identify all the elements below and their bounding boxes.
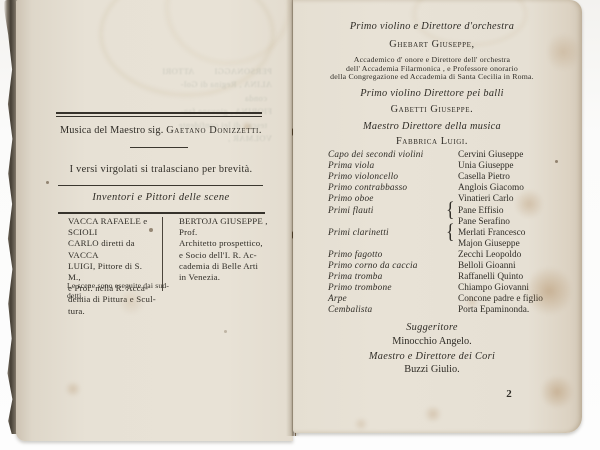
foxing-stain: [539, 376, 575, 408]
roster-row: Prima viola Unia Giuseppe: [328, 161, 568, 172]
orchestra-director-heading: Primo violino e Direttore d'orchestra: [293, 21, 571, 32]
roster-role: Arpe: [328, 294, 458, 305]
page-number: 2: [499, 388, 519, 400]
roster-role: Primo corno da caccia: [328, 261, 458, 272]
roster-row: Primo violoncello Casella Pietro: [328, 172, 568, 183]
bleedthrough-line: ALINA , Regina di Gol-: [44, 78, 272, 92]
roster-row: Cembalista Porta Epaminonda.: [328, 305, 568, 316]
roster-names: Vinatieri Carlo: [458, 194, 513, 205]
text-line: detti.: [58, 291, 178, 301]
roster-names: Belloli Gioanni: [458, 261, 516, 272]
roster-role: Primi clarinetti: [328, 228, 458, 249]
roster-role: Primo fagotto: [328, 250, 458, 261]
roster-role: Cembalista: [328, 305, 458, 316]
scene-designer-right: BERTOJA GIUSEPPE , Prof.Architetto prosp…: [163, 216, 272, 317]
scene-note: Le scene sono eseguite dai sud-detti.: [58, 281, 178, 300]
roster-role: Primo contrabbasso: [328, 183, 458, 194]
roster-names: Chiampo Giovanni: [458, 283, 529, 294]
music-director-name: Fabbrica Luigi.: [293, 136, 571, 147]
director-credentials: Accademico d' onore e Direttore dell' or…: [293, 56, 571, 82]
chorus-director-heading: Maestro e Direttore dei Cori: [293, 351, 571, 362]
roster-row: Primo fagotto Zecchi Leopoldo: [328, 250, 568, 261]
roster-role: Prima viola: [328, 161, 458, 172]
roster-role: Prima tromba: [328, 272, 458, 283]
text-line: LUIGI, Pittore di S. M.,: [58, 261, 157, 283]
section-rule: [58, 185, 263, 186]
prompter-heading: Suggeritore: [293, 322, 571, 333]
ink-speck: [46, 181, 49, 184]
roster-names: Casella Pietro: [458, 172, 510, 183]
ballet-director-heading: Primo violino Direttore pei balli: [293, 88, 571, 99]
roster-names: Raffanelli Quinto: [458, 272, 523, 283]
roster-role: Primo trombone: [328, 283, 458, 294]
roster-row: Primo trombone Chiampo Giovanni: [328, 283, 568, 294]
orchestra-director-name: Ghebart Giuseppe,: [293, 39, 571, 50]
photo-background: PERSONAGGI ATTORIALINA , Regina di Gol- …: [0, 0, 600, 450]
text-line: BERTOJA GIUSEPPE , Prof.: [169, 216, 272, 238]
roster-names: Cervini Giuseppe: [458, 150, 523, 161]
text-line: e Socio dell'I. R. Ac-: [169, 250, 272, 261]
roster-names: Unia Giuseppe: [458, 161, 514, 172]
roster-row: Primi clarinetti Merlati FrancescoMajon …: [328, 228, 568, 249]
scene-designer-left: VACCA RAFAELE e SCIOLICARLO diretti da V…: [58, 216, 162, 317]
text-line: CARLO diretti da VACCA: [58, 238, 157, 260]
left-page: PERSONAGGI ATTORIALINA , Regina di Gol- …: [16, 0, 293, 441]
text-line: in Venezia.: [169, 272, 272, 283]
prompter-name: Minocchio Angelo.: [293, 336, 571, 347]
roster-names: Zecchi Leopoldo: [458, 250, 521, 261]
composer-name: Gaetano Donizzetti.: [166, 125, 262, 136]
credential-line: della Congregazione ed Accademia di Sant…: [293, 73, 571, 82]
orchestra-roster: Capo dei secondi violini Cervini Giusepp…: [328, 150, 568, 316]
roster-names: Concone padre e figlio: [458, 294, 543, 305]
roster-role: Primo violoncello: [328, 172, 458, 183]
music-director-heading: Maestro Direttore della musica: [293, 121, 571, 132]
chorus-director-name: Buzzi Giulio.: [293, 364, 571, 375]
roster-role: Primi flauti: [328, 206, 458, 227]
right-page: Primo violino e Direttore d'orchestra Gh…: [293, 0, 582, 433]
ink-speck: [224, 330, 227, 333]
ballet-director-name: Gabetti Giuseppe.: [293, 104, 571, 115]
text-line: Le scene sono eseguite dai sud-: [58, 281, 178, 291]
text-line: cademia di Belle Arti: [169, 261, 272, 272]
roster-row: Capo dei secondi violini Cervini Giusepp…: [328, 150, 568, 161]
bleedthrough-text: PERSONAGGI ATTORIALINA , Regina di Gol- …: [44, 24, 272, 110]
foxing-stain: [353, 418, 369, 430]
roster-row: Prima tromba Raffanelli Quinto: [328, 272, 568, 283]
foxing-stain: [423, 406, 443, 422]
roster-row: Primo corno da caccia Belloli Gioanni: [328, 261, 568, 272]
scene-designers-columns: VACCA RAFAELE e SCIOLICARLO diretti da V…: [58, 216, 272, 317]
short-rule: [130, 147, 188, 148]
roster-names: Anglois Giacomo: [458, 183, 524, 194]
music-credit: Musica del Maestro sig. Gaetano Donizzet…: [41, 125, 281, 136]
roster-row: Arpe Concone padre e figlio: [328, 294, 568, 305]
roster-names: Porta Epaminonda.: [458, 305, 529, 316]
roster-names: Pane EffisioPane Serafino: [458, 206, 510, 227]
bleedthrough-line: conda: [44, 92, 272, 106]
double-rule: [56, 112, 262, 117]
text-line: Architetto prospettico,: [169, 238, 272, 249]
bleedthrough-line: PERSONAGGI ATTORI: [44, 65, 272, 79]
music-credit-prefix: Musica del Maestro sig.: [60, 125, 166, 136]
text-line: tura.: [58, 306, 157, 317]
roster-role: Primo oboe: [328, 194, 458, 205]
text-line: VACCA RAFAELE e SCIOLI: [58, 216, 157, 238]
foxing-stain: [64, 382, 82, 396]
verse-note: I versi virgolati si tralasciano per bre…: [41, 164, 281, 175]
roster-names: Merlati FrancescoMajon Giuseppe: [458, 228, 525, 249]
roster-role: Capo dei secondi violini: [328, 150, 458, 161]
scene-designers-heading: Inventori e Pittori delle scene: [41, 192, 281, 203]
columns-top-rule: [58, 212, 265, 214]
roster-row: Primo contrabbasso Anglois Giacomo: [328, 183, 568, 194]
